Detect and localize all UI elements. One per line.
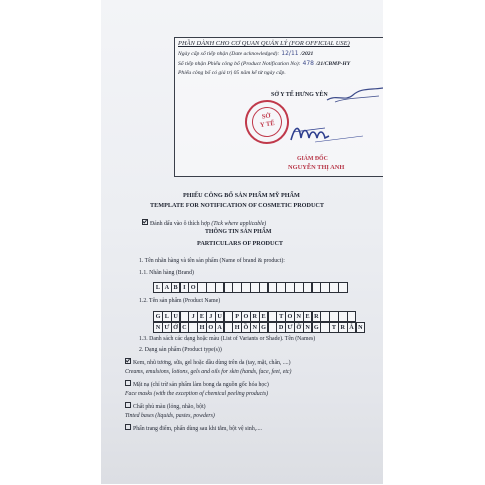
number-handwritten: 478 [303, 60, 314, 67]
signature-icon [285, 118, 365, 148]
option-1-en: Creams, emulsions, lotions, gels and oil… [125, 369, 291, 375]
section-heading-en: PARTICULARS OF PRODUCT [197, 240, 283, 247]
number-suffix: /21/CBMP-HY [316, 61, 350, 67]
product-name-grid-row-2[interactable]: NƯỚCHOAHỒNGDƯỠNGTRẮN [154, 322, 365, 333]
notification-number-line: Số tiếp nhận Phiếu công bố (Product Noti… [178, 60, 350, 67]
signatory-role: GIÁM ĐỐC [297, 156, 328, 162]
product-name-label: 1.2. Tên sản phẩm (Product Name) [139, 298, 220, 304]
section-heading-vn: THÔNG TIN SẢN PHẨM [205, 229, 272, 235]
tick-note-en: (Tick where applicable) [211, 221, 266, 227]
brand-grid[interactable]: LABIO [154, 282, 348, 293]
document-page: PHẦN DÀNH CHO CƠ QUAN QUẢN LÝ (FOR OFFIC… [101, 0, 383, 484]
checkbox-icon[interactable] [125, 402, 131, 408]
official-use-box: PHẦN DÀNH CHO CƠ QUAN QUẢN LÝ (FOR OFFIC… [174, 37, 383, 177]
product-type-option-4[interactable]: Phấn trang điểm, phấn dùng sau khi tắm, … [125, 424, 262, 432]
option-2-en: Face masks (with the exception of chemic… [125, 391, 268, 397]
validity-line: Phiếu công bố có giá trị 05 năm kể từ ng… [178, 70, 286, 76]
option-1-vn: Kem, nhũ tương, sữa, gel hoặc dầu dùng t… [133, 360, 291, 366]
product-type-label: 2. Dạng sản phẩm (Product type(s)) [139, 347, 222, 353]
department-name: SỞ Y TẾ HƯNG YÊN [271, 92, 328, 98]
product-type-option-3[interactable]: Chất phủ màu (lỏng, nhão, bột) [125, 402, 206, 410]
option-2-vn: Mặt nạ (chỉ trừ sản phẩm làm bong da ngu… [133, 382, 269, 388]
option-3-en: Tinted bases (liquids, pastes, powders) [125, 413, 215, 419]
product-type-option-2[interactable]: Mặt nạ (chỉ trừ sản phẩm làm bong da ngu… [125, 380, 269, 388]
option-4-vn: Phấn trang điểm, phấn dùng sau khi tắm, … [133, 426, 262, 432]
brand-product-heading: 1. Tên nhãn hàng và tên sản phẩm (Name o… [139, 258, 285, 264]
date-handwritten: 12/11 [281, 50, 298, 57]
checkbox-icon[interactable] [125, 380, 131, 386]
checked-box-icon [142, 219, 148, 225]
product-name-grid-row-1[interactable]: GLUJEJUPORETONER [154, 311, 356, 322]
brand-label: 1.1. Nhãn hàng (Brand) [139, 270, 194, 276]
variants-label: 1.3. Danh sách các dạng hoặc màu (List o… [139, 336, 315, 342]
letter-cell[interactable] [338, 282, 348, 293]
date-suffix: /2021 [301, 51, 314, 57]
document-title-vn: PHIẾU CÔNG BỐ SẢN PHẨM MỸ PHẨM [183, 192, 300, 199]
official-use-title: PHẦN DÀNH CHO CƠ QUAN QUẢN LÝ (FOR OFFIC… [178, 40, 350, 47]
tick-instruction: Đánh dấu vào ô thích hợp (Tick where app… [142, 219, 266, 227]
date-acknowledged-line: Ngày cấp số tiếp nhận (Date acknowledged… [178, 50, 313, 57]
letter-cell[interactable]: N [356, 322, 366, 333]
option-3-vn: Chất phủ màu (lỏng, nhão, bột) [133, 404, 206, 410]
tick-note-vn: Đánh dấu vào ô thích hợp [150, 221, 210, 227]
checkbox-checked-icon[interactable] [125, 358, 131, 364]
date-label: Ngày cấp số tiếp nhận (Date acknowledged… [178, 51, 279, 57]
signatory-name: NGUYỄN THỊ ANH [288, 164, 344, 171]
checkbox-icon[interactable] [125, 424, 131, 430]
number-label: Số tiếp nhận Phiếu công bố (Product Noti… [178, 61, 301, 67]
product-type-option-1[interactable]: Kem, nhũ tương, sữa, gel hoặc dầu dùng t… [125, 358, 291, 366]
document-title-en: TEMPLATE FOR NOTIFICATION OF COSMETIC PR… [150, 202, 324, 209]
letter-cell[interactable] [347, 311, 357, 322]
signature-flourish-icon [325, 86, 383, 106]
